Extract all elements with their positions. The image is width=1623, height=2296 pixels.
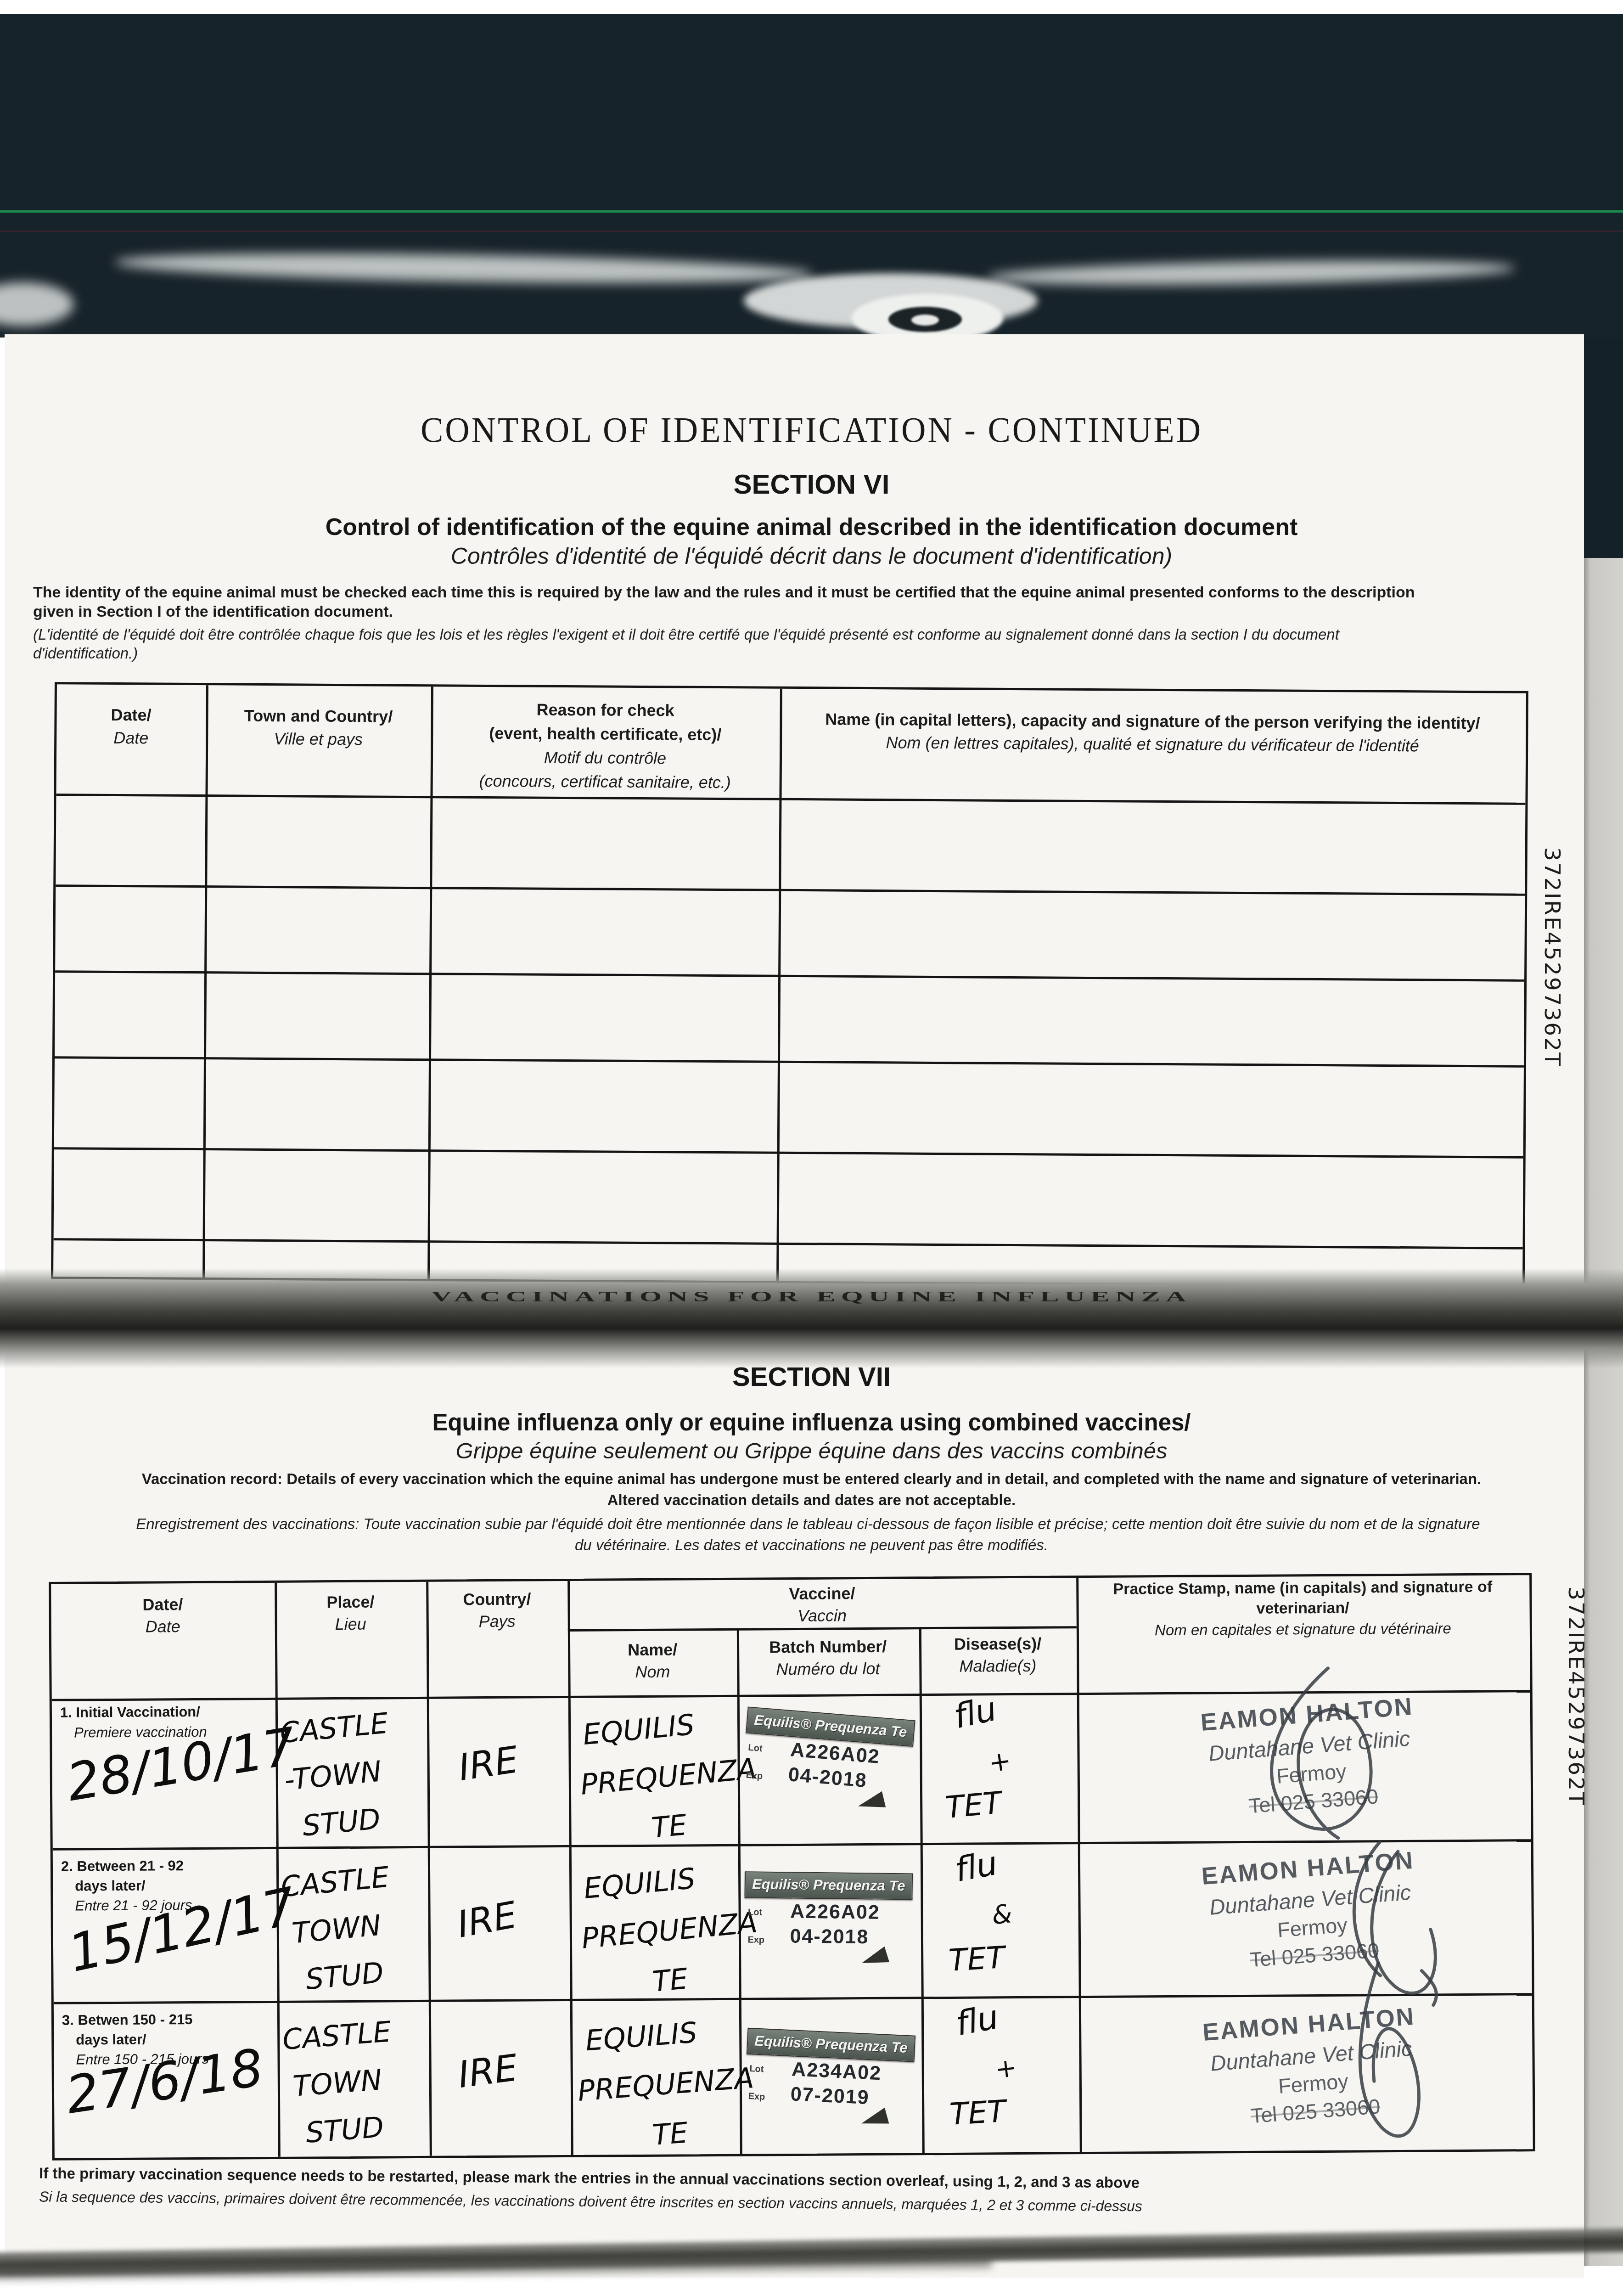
col-header-date-fr: Date: [146, 1617, 180, 1636]
col-header-name-fr: Nom (en lettres capitales), qualité et s…: [886, 733, 1419, 755]
row3-disease-line1: flu: [953, 1998, 1001, 2043]
vaccination-table: Date/ Date Place/ Lieu Country/ Pays Vac…: [49, 1573, 1535, 2161]
table-row-line: [54, 1238, 1523, 1249]
section-vii-subtitle-fr: Grippe équine seulement ou Grippe équine…: [0, 1438, 1623, 1464]
page-fold-shadow: [0, 1268, 1623, 1368]
vaccination-note-fr-1: Enregistrement des vaccinations: Toute v…: [28, 1515, 1589, 1533]
col-header-stamp-en1: Practice Stamp, name (in capitals) and s…: [1113, 1578, 1492, 1598]
col-header-date-en: Date/: [111, 705, 151, 725]
row2-disease-line3: TET: [948, 1940, 1006, 1978]
table-column-line: [1076, 1578, 1082, 2152]
document-code-vertical-lower: 372IRE45297362T: [1563, 1587, 1589, 1806]
col-header-stamp-fr: Nom en capitales et signature du vétérin…: [1155, 1620, 1451, 1639]
section-vi-subtitle-fr: Contrôles d'identité de l'équidé décrit …: [0, 543, 1623, 569]
row1-batch-sticker: Equilis® Prequenza Te Lot A226A02 Exp 04…: [739, 1706, 922, 1828]
scanner-green-line: [0, 210, 1623, 213]
table-column-line: [776, 689, 782, 1281]
table-row-line: [56, 884, 1525, 896]
row3-disease-line2: +: [994, 2053, 1018, 2085]
row3-batch-sticker: Equilis® Prequenza Te Lot A234A02 Exp 07…: [743, 2028, 922, 2144]
sticker-brand-bar: Equilis® Prequenza Te: [747, 2028, 915, 2062]
row2-place-line3: STUD: [303, 1947, 400, 2003]
col-header-place-fr: Lieu: [335, 1615, 366, 1634]
col-header-town-en: Town and Country/: [244, 706, 393, 726]
signature-scribble: [1176, 1660, 1435, 1855]
col-header-country-fr: Pays: [479, 1612, 516, 1631]
section-vii-heading: SECTION VII: [0, 1362, 1623, 1392]
section-vi-intro-fr-2: d'identification.): [33, 645, 1576, 662]
section-vi-intro-fr-1: (L'identité de l'équidé doit être contrô…: [33, 625, 1585, 644]
sticker-lot-label: Lot: [748, 1907, 762, 1918]
binder-grommet-center: [911, 315, 939, 326]
sticker-brand-text: Equilis® Prequenza Te: [746, 1872, 912, 1898]
row2-vaccine-handwritten: EQUILIS PREQUENZA TE: [582, 1848, 764, 2012]
table-column-line: [427, 687, 433, 1279]
col-header-vaccine-name-fr: Nom: [635, 1662, 670, 1682]
row3-disease-line3: TET: [949, 2093, 1007, 2132]
row1-country-handwritten: IRE: [456, 1738, 521, 1789]
col-header-reason-en2: (event, health certificate, etc)/: [489, 724, 721, 744]
vaccine-subheader-line: [568, 1626, 1077, 1632]
sticker-lot-value: A226A02: [790, 1739, 881, 1768]
col-header-town-fr: Ville et pays: [274, 729, 363, 749]
vaccination-note-fr-2: du vétérinaire. Les dates et vaccination…: [41, 1536, 1582, 1554]
row1-disease-line3: TET: [944, 1785, 1003, 1825]
col-header-date-en: Date/: [142, 1595, 183, 1615]
col-header-reason-fr1: Motif du contrôle: [544, 748, 666, 768]
col-header-date-fr: Date: [113, 728, 148, 748]
row3-place-line2: TOWN: [291, 2055, 396, 2110]
col-header-batch-en: Batch Number/: [769, 1637, 887, 1657]
table-row-line: [55, 970, 1524, 982]
row3-place-line1: CASTLE: [281, 2008, 393, 2063]
row2-label: 2. Between 21 - 92: [61, 1857, 184, 1875]
sticker-exp-value: 04-2018: [790, 1925, 869, 1948]
col-header-vaccine-en: Vaccine/: [789, 1584, 855, 1604]
row2-batch-sticker: Equilis® Prequenza Te Lot A226A02 Exp 04…: [743, 1871, 919, 1981]
col-header-name-en: Name (in capital letters), capacity and …: [825, 709, 1480, 733]
sticker-lot-value: A226A02: [790, 1900, 880, 1924]
signature-scribble: [1270, 1961, 1464, 2178]
row2-country-handwritten: IRE: [454, 1893, 520, 1946]
section-vii-subtitle-en: Equine influenza only or equine influenz…: [0, 1409, 1623, 1436]
pen-mark-icon: [856, 1791, 886, 1813]
vaccination-note-en-2: Altered vaccination details and dates ar…: [41, 1491, 1582, 1509]
fold-banner-title: VACCINATIONS FOR EQUINE INFLUENZA: [0, 1288, 1623, 1305]
row1-label: 1. Initial Vaccination/: [60, 1704, 200, 1721]
col-header-disease-en: Disease(s)/: [954, 1634, 1041, 1654]
sticker-brand-bar: Equilis® Prequenza Te: [744, 1871, 913, 1900]
col-header-reason-fr2: (concours, certificat sanitaire, etc.): [479, 771, 730, 792]
pen-mark-icon: [859, 1947, 889, 1970]
sticker-exp-label: Exp: [746, 1770, 763, 1782]
document-code-vertical-upper: 372IRE45297362T: [1539, 847, 1565, 1067]
row2-disease-line2: &: [990, 1899, 1014, 1930]
section-vi-intro-en-1: The identity of the equine animal must b…: [33, 582, 1576, 602]
col-header-country-en: Country/: [463, 1589, 531, 1609]
identification-control-table: Date/ Date Town and Country/ Ville et pa…: [51, 682, 1528, 1288]
sticker-brand-text: Equilis® Prequenza Te: [747, 1708, 914, 1745]
table-column-line: [202, 685, 208, 1277]
table-column-line: [426, 1582, 432, 2156]
table-column-line: [567, 1581, 573, 2155]
sticker-exp-value: 04-2018: [787, 1763, 868, 1792]
col-header-reason-en1: Reason for check: [536, 700, 674, 720]
sticker-brand-bar: Equilis® Prequenza Te: [746, 1706, 915, 1746]
pen-mark-icon: [859, 2108, 889, 2131]
table-row-line: [54, 1147, 1523, 1159]
sticker-lot-value: A234A02: [791, 2058, 882, 2085]
row2-label2: days later/: [75, 1878, 146, 1895]
row3-label2: days later/: [76, 2032, 146, 2048]
row2-disease-line1: flu: [952, 1844, 1000, 1889]
sticker-exp-label: Exp: [747, 1935, 764, 1945]
table-row-line: [56, 793, 1525, 805]
row3-label: 3. Betwen 150 - 215: [62, 2011, 193, 2029]
row2-place-handwritten: CASTLE TOWN STUD: [279, 1853, 400, 2005]
row1-place-handwritten: CASTLE -TOWN STUD: [278, 1699, 399, 1851]
section-vi-intro-en-2: given in Section I of the identification…: [33, 603, 1576, 621]
row1-disease-line2: +: [987, 1745, 1013, 1778]
row1-vaccine-handwritten: EQUILIS PREQUENZA TE: [580, 1694, 763, 1858]
col-header-vaccine-fr: Vaccin: [797, 1606, 847, 1626]
col-header-batch-fr: Numéro du lot: [776, 1659, 880, 1679]
row3-country-handwritten: IRE: [455, 2046, 520, 2096]
col-header-vaccine-name-en: Name/: [628, 1640, 677, 1660]
sticker-lot-label: Lot: [749, 2064, 764, 2075]
sticker-exp-label: Exp: [748, 2091, 765, 2103]
row3-place-line3: STUD: [304, 2102, 400, 2156]
section-vi-subtitle-en: Control of identification of the equine …: [0, 513, 1623, 541]
row3-place-handwritten: CASTLE TOWN STUD: [281, 2008, 399, 2157]
scanned-passport-page: CONTROL OF IDENTIFICATION - CONTINUED SE…: [0, 0, 1623, 2296]
vaccination-note-en-1: Vaccination record: Details of every vac…: [41, 1470, 1582, 1488]
sticker-brand-text: Equilis® Prequenza Te: [747, 2029, 915, 2060]
sticker-exp-value: 07-2019: [790, 2083, 870, 2109]
table-row-line: [55, 1056, 1524, 1068]
row3-vaccine-handwritten: EQUILIS PREQUENZA TE: [584, 2003, 759, 2164]
col-header-disease-fr: Maladie(s): [959, 1656, 1036, 1676]
col-header-stamp-en2: veterinarian/: [1256, 1599, 1349, 1618]
col-header-place-en: Place/: [326, 1593, 374, 1612]
row1-place-line3: STUD: [300, 1794, 399, 1850]
page-title: CONTROL OF IDENTIFICATION - CONTINUED: [0, 410, 1623, 451]
sticker-lot-label: Lot: [748, 1743, 763, 1754]
row1-disease-line1: flu: [950, 1689, 1000, 1736]
scanner-artifact-line: [0, 231, 1623, 232]
section-vi-heading: SECTION VI: [0, 468, 1623, 500]
